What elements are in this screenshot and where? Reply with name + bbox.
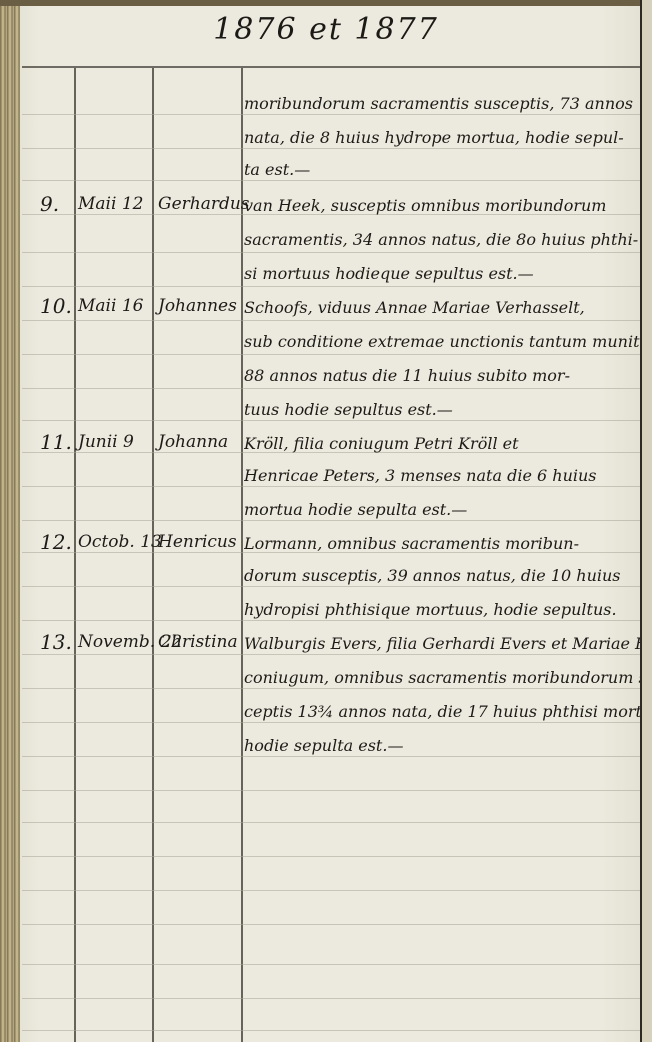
ruled-line: [22, 180, 640, 181]
ruled-line: [22, 114, 640, 115]
ruled-line: [22, 722, 640, 723]
ruled-line: [22, 520, 640, 521]
ruled-line: [22, 486, 640, 487]
book-binding: [0, 0, 20, 1042]
entry-line: sacramentis, 34 annos natus, die 8o huiu…: [244, 230, 640, 249]
entry-line: hydropisi phthisique mortuus, hodie sepu…: [244, 600, 640, 619]
entry-line: si mortuus hodieque sepultus est.—: [244, 264, 640, 283]
ruled-line: [22, 148, 640, 149]
ruled-line: [22, 890, 640, 891]
entry-number: 11.: [40, 430, 72, 454]
entry-line: dorum susceptis, 39 annos natus, die 10 …: [244, 566, 640, 585]
entry-line: tuus hodie sepultus est.—: [244, 400, 640, 419]
entry-given-name: Gerhardus: [158, 194, 250, 214]
ruled-line: [22, 822, 640, 823]
entry-number: 9.: [40, 192, 59, 216]
entry-given-name: Christina: [158, 632, 238, 652]
ruled-line: [22, 388, 640, 389]
entry-line: van Heek, susceptis omnibus moribundorum: [244, 196, 640, 215]
entry-line: sub conditione extremae unctionis tantum…: [244, 332, 640, 351]
ruled-line: [22, 688, 640, 689]
entry-line: Lormann, omnibus sacramentis moribun-: [244, 534, 640, 553]
header-rule: [22, 66, 640, 68]
entry-number: 13.: [40, 630, 72, 654]
entry-number: 12.: [40, 530, 72, 554]
entry-date: Maii 16: [78, 296, 143, 316]
entry-given-name: Henricus: [158, 532, 237, 552]
entry-line: Walburgis Evers, filia Gerhardi Evers et…: [244, 634, 640, 653]
entry-line: Schoofs, viduus Annae Mariae Verhasselt,: [244, 298, 640, 317]
entry-line: Henricae Peters, 3 menses nata die 6 hui…: [244, 466, 640, 485]
page-top-edge: [0, 0, 652, 6]
continuation-line: ta est.—: [244, 160, 640, 179]
ruled-line: [22, 1030, 640, 1031]
ruled-line: [22, 964, 640, 965]
entry-given-name: Johanna: [158, 432, 228, 452]
entry-line: coniugum, omnibus sacramentis moribundor…: [244, 668, 640, 687]
ruled-line: [22, 620, 640, 621]
ruled-line: [22, 756, 640, 757]
register-page: 1876 et 1877 moribundorum sacramentis su…: [0, 0, 652, 1042]
entry-line: ceptis 13¾ annos nata, die 17 huius phth…: [244, 702, 640, 721]
ruled-line: [22, 856, 640, 857]
entry-line: Kröll, filia coniugum Petri Kröll et: [244, 434, 640, 453]
ruled-line: [22, 790, 640, 791]
ruled-line: [22, 354, 640, 355]
page-title: 1876 et 1877: [0, 12, 652, 47]
page-right-margin: [642, 0, 652, 1042]
entry-given-name: Johannes: [158, 296, 237, 316]
ruled-line: [22, 654, 640, 655]
ruled-line: [22, 998, 640, 999]
ruled-line: [22, 420, 640, 421]
ruled-line: [22, 320, 640, 321]
continuation-line: moribundorum sacramentis susceptis, 73 a…: [244, 94, 640, 113]
entry-line: 88 annos natus die 11 huius subito mor-: [244, 366, 640, 385]
entry-number: 10.: [40, 294, 72, 318]
continuation-line: nata, die 8 huius hydrope mortua, hodie …: [244, 128, 640, 147]
ruled-line: [22, 924, 640, 925]
entry-date: Junii 9: [78, 432, 134, 452]
ruled-line: [22, 252, 640, 253]
entry-line: mortua hodie sepulta est.—: [244, 500, 640, 519]
ruled-line: [22, 586, 640, 587]
entry-line: hodie sepulta est.—: [244, 736, 640, 755]
ruled-line: [22, 286, 640, 287]
entry-date: Octob. 13: [78, 532, 162, 552]
entry-date: Maii 12: [78, 194, 143, 214]
